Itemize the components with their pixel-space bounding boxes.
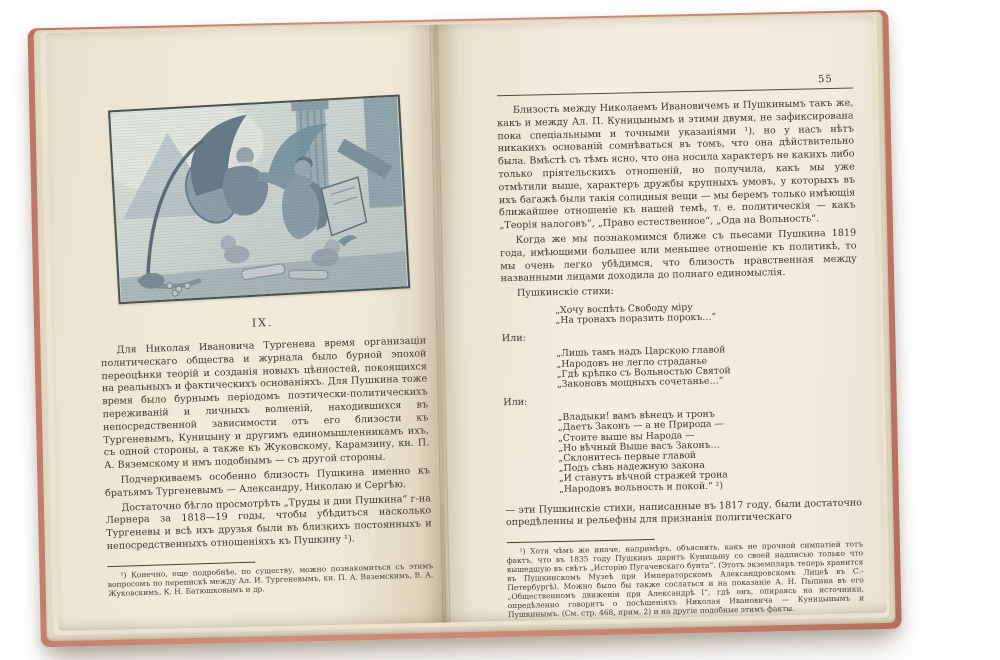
footnote-text: ¹) Хотя чѣмъ же иначе, напримѣръ, объясн… (506, 539, 864, 619)
left-page: IX. Для Николая Ивановича Тургенева врем… (46, 25, 446, 631)
open-book: IX. Для Николая Ивановича Тургенева врем… (46, 13, 887, 631)
verse-stanza: „Хочу воспѣть Свободу міру „На тронахъ п… (555, 299, 858, 326)
or-label: Или: (502, 326, 859, 345)
engraving-hatch-texture (111, 97, 407, 302)
verse-stanza: „Владыки! вамъ вѣнецъ и тронъ „Даетъ Зак… (558, 407, 862, 495)
section-heading: IX. (100, 311, 426, 334)
body-paragraph: Когда же мы познакомимся ближе съ пьесам… (500, 227, 858, 286)
book-photo-scene: IX. Для Николая Ивановича Тургенева врем… (0, 0, 1000, 660)
body-paragraph: Для Николая Ивановича Тургенева время ор… (101, 335, 430, 473)
engraving-frame (108, 94, 410, 304)
right-page: 55 Близость между Николаемъ Ивановичемъ … (433, 15, 886, 622)
or-label: Или: (503, 390, 860, 409)
engraving-illustration (110, 97, 408, 303)
page-spread: IX. Для Николая Ивановича Тургенева врем… (46, 15, 887, 631)
body-paragraph: Достаточно бѣгло просмотрѣть „Труды и дн… (105, 493, 432, 554)
left-page-content: IX. Для Николая Ивановича Тургенева врем… (46, 23, 449, 631)
body-paragraph: Близость между Николаемъ Ивановичемъ и П… (497, 97, 856, 233)
verse-stanza: „Лишь тамъ надъ Царскою главой „Народовъ… (556, 343, 859, 390)
closing-paragraph: — эти Пушкинскіе стихи, написанные въ 18… (506, 497, 863, 530)
footnote-separator (506, 539, 654, 543)
right-page-content: 55 Близость между Николаемъ Ивановичемъ … (433, 15, 886, 622)
footnote-text: ¹) Конечно, еще подробнѣе, по существу, … (107, 561, 433, 598)
